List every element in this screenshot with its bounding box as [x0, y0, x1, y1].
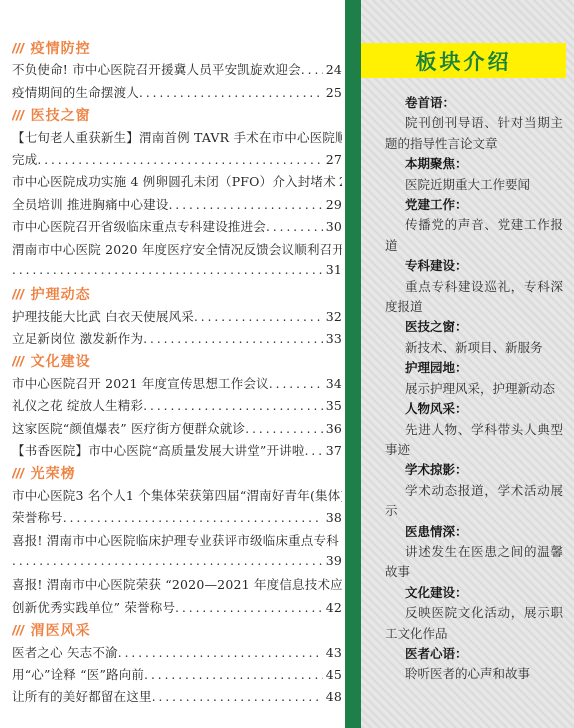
- toc-entry-page-number: 48: [326, 689, 342, 704]
- dot-leader: [118, 645, 323, 660]
- triple-slash-icon: ///: [12, 353, 24, 369]
- toc-entry-page-number: 30: [326, 219, 342, 234]
- toc-entry: 【七旬老人重获新生】渭南首例 TAVR 手术在市中心医院顺利: [12, 128, 342, 150]
- panel-section-name: 本期聚焦：: [385, 154, 563, 174]
- panel-section-description: 学术动态报道，学术活动展示: [385, 481, 563, 522]
- toc-section-heading: ///疫情防控: [12, 38, 342, 60]
- panel-section-description: 新技术、新项目、新服务: [385, 338, 563, 358]
- toc-entry: 市中心医院召开 2021 年度宣传思想工作会议34: [12, 374, 342, 396]
- panel-section-description: 讲述发生在医患之间的温馨故事: [385, 542, 563, 583]
- panel-section-name: 医者心语：: [385, 644, 563, 664]
- toc-entry-page-number: 39: [326, 553, 342, 568]
- toc-entry: 护理技能大比武 白衣天使展风采32: [12, 307, 342, 329]
- toc-entry-title: 喜报! 渭南市中心医院荣获 “2020—2021 年度信息技术应用: [12, 575, 342, 593]
- toc-entry: 喜报! 渭南市中心医院临床护理专业获评市级临床重点专科: [12, 531, 342, 553]
- dot-leader: [12, 262, 323, 277]
- dot-leader: [194, 309, 323, 324]
- dot-leader: [63, 510, 323, 525]
- toc-entry-page-number: 38: [326, 510, 342, 525]
- toc-entry-title: 护理技能大比武 白衣天使展风采: [12, 307, 194, 325]
- toc-entry-title: 疫情期间的生命摆渡人: [12, 83, 139, 101]
- dot-leader: [144, 667, 323, 682]
- toc-entry: 【书香医院】市中心医院“高质量发展大讲堂”开讲啦37: [12, 441, 342, 463]
- toc-section-label: 光荣榜: [31, 463, 76, 483]
- toc-entry-title: 不负使命! 市中心医院召开援冀人员平安凯旋欢迎会: [12, 60, 301, 78]
- intro-panel-body: 卷首语：院刊创刊导语、针对当期主题的指导性言论文章本期聚焦：医院近期重大工作要闻…: [385, 93, 563, 685]
- panel-section-name: 护理园地：: [385, 358, 563, 378]
- toc-entry-title: 【书香医院】市中心医院“高质量发展大讲堂”开讲啦: [12, 441, 305, 459]
- toc-entry: 不负使命! 市中心医院召开援冀人员平安凯旋欢迎会24: [12, 60, 342, 82]
- toc-entry-page-number: 25: [326, 85, 342, 100]
- toc-entry: 完成27: [12, 150, 342, 172]
- toc-entry-page-number: 28: [339, 174, 342, 189]
- toc-entry-page-number: 24: [326, 62, 342, 77]
- panel-section-description: 聆听医者的心声和故事: [385, 664, 563, 684]
- dot-leader: [245, 421, 322, 436]
- toc-section-heading: ///护理动态: [12, 284, 342, 306]
- panel-section-description: 反映医院文化活动，展示职工文化作品: [385, 603, 563, 644]
- dot-leader: [152, 689, 323, 704]
- intro-panel: 板块介绍 卷首语：院刊创刊导语、针对当期主题的指导性言论文章本期聚焦：医院近期重…: [361, 0, 574, 728]
- green-divider-strip: [345, 0, 361, 728]
- toc-section-heading: ///医技之窗: [12, 105, 342, 127]
- toc-entry-page-number: 31: [326, 262, 342, 277]
- toc-entry-page-number: 27: [326, 152, 342, 167]
- toc-entry-page-number: 32: [326, 309, 342, 324]
- toc-entry: 让所有的美好都留在这里48: [12, 687, 342, 709]
- toc-entry-page-number: 37: [326, 443, 342, 458]
- dot-leader: [139, 85, 323, 100]
- panel-section-name: 学术掠影：: [385, 460, 563, 480]
- toc-entry: 礼仪之花 绽放人生精彩35: [12, 396, 342, 418]
- dot-leader: [266, 219, 323, 234]
- intro-panel-banner: 板块介绍: [361, 43, 566, 78]
- toc-entry: 全员培训 推进胸痛中心建设29: [12, 195, 342, 217]
- panel-section-description: 重点专科建设巡礼，专科深度报道: [385, 277, 563, 318]
- toc-entry-title: 荣誉称号: [12, 508, 63, 526]
- toc-entry: 荣誉称号38: [12, 508, 342, 530]
- toc-entry: 市中心医院召开省级临床重点专科建设推进会30: [12, 217, 342, 239]
- toc-entry-title: 医者之心 矢志不渝: [12, 643, 118, 661]
- toc-section-label: 护理动态: [31, 284, 91, 304]
- toc-entry-title: 【七旬老人重获新生】渭南首例 TAVR 手术在市中心医院顺利: [12, 128, 342, 146]
- toc-entry-title: 让所有的美好都留在这里: [12, 687, 152, 705]
- toc-entry-page-number: 43: [326, 645, 342, 660]
- toc-entry: 医者之心 矢志不渝43: [12, 643, 342, 665]
- toc-entry-title: 这家医院“颜值爆表” 医疗街方便群众就诊: [12, 419, 245, 437]
- panel-section-description: 医院近期重大工作要闻: [385, 175, 563, 195]
- dot-leader: [175, 600, 323, 615]
- panel-section-name: 人物风采：: [385, 399, 563, 419]
- toc-entry: 渭南市中心医院 2020 年度医疗安全情况反馈会议顺利召开: [12, 240, 342, 262]
- panel-section-name: 文化建设：: [385, 583, 563, 603]
- panel-section-description: 先进人物、学科带头人典型事迹: [385, 420, 563, 461]
- toc-entry-page-number: 34: [326, 376, 342, 391]
- triple-slash-icon: ///: [12, 107, 24, 123]
- dot-leader: [12, 553, 323, 568]
- triple-slash-icon: ///: [12, 40, 24, 56]
- toc-entry-title: 市中心医院召开 2021 年度宣传思想工作会议: [12, 374, 269, 392]
- toc-entry-title: 立足新岗位 激发新作为: [12, 329, 143, 347]
- toc-entry: 创新优秀实践单位” 荣誉称号42: [12, 598, 342, 620]
- toc-section-heading: ///渭医风采: [12, 620, 342, 642]
- toc-entry: 用“心”诠释 “医”路向前45: [12, 665, 342, 687]
- triple-slash-icon: ///: [12, 465, 24, 481]
- toc-entry-title: 市中心医院3 名个人1 个集体荣获第四届“渭南好青年(集体)”: [12, 486, 342, 504]
- toc-entry-page-number: 45: [326, 667, 342, 682]
- dot-leader: [143, 398, 323, 413]
- panel-section-name: 医患情深：: [385, 522, 563, 542]
- toc-entry: 喜报! 渭南市中心医院荣获 “2020—2021 年度信息技术应用: [12, 575, 342, 597]
- toc-entry-page-number: 42: [326, 600, 342, 615]
- toc-entry-title: 全员培训 推进胸痛中心建设: [12, 195, 169, 213]
- triple-slash-icon: ///: [12, 622, 24, 638]
- panel-section-description: 传播党的声音、党建工作报道: [385, 215, 563, 256]
- toc-entry: 39: [12, 553, 342, 575]
- toc-entry-title: 喜报! 渭南市中心医院临床护理专业获评市级临床重点专科: [12, 531, 339, 549]
- toc-entry-title: 完成: [12, 150, 37, 168]
- toc-entry-title: 用“心”诠释 “医”路向前: [12, 665, 144, 683]
- triple-slash-icon: ///: [12, 286, 24, 302]
- toc-entry: 市中心医院3 名个人1 个集体荣获第四届“渭南好青年(集体)”: [12, 486, 342, 508]
- toc-entry-page-number: 36: [326, 421, 342, 436]
- toc-section-label: 渭医风采: [31, 620, 91, 640]
- dot-leader: [143, 331, 323, 346]
- toc-entry-page-number: 35: [326, 398, 342, 413]
- toc-entry-title: 市中心医院召开省级临床重点专科建设推进会: [12, 217, 266, 235]
- toc-section-heading: ///光荣榜: [12, 463, 342, 485]
- toc-section-label: 文化建设: [31, 351, 91, 371]
- toc-entry: 立足新岗位 激发新作为33: [12, 329, 342, 351]
- toc-entry: 市中心医院成功实施 4 例卵圆孔未闭（PFO）介入封堵术28: [12, 172, 342, 194]
- toc-section-heading: ///文化建设: [12, 351, 342, 373]
- panel-section-name: 专科建设：: [385, 256, 563, 276]
- panel-section-name: 医技之窗：: [385, 317, 563, 337]
- toc-entry-title: 渭南市中心医院 2020 年度医疗安全情况反馈会议顺利召开: [12, 240, 342, 258]
- panel-section-name: 党建工作：: [385, 195, 563, 215]
- dot-leader: [37, 152, 322, 167]
- dot-leader: [305, 443, 323, 458]
- dot-leader: [269, 376, 323, 391]
- toc-entry: 疫情期间的生命摆渡人25: [12, 83, 342, 105]
- toc-entry: 这家医院“颜值爆表” 医疗街方便群众就诊36: [12, 419, 342, 441]
- toc-entry-title: 市中心医院成功实施 4 例卵圆孔未闭（PFO）介入封堵术: [12, 172, 336, 190]
- panel-section-name: 卷首语：: [385, 93, 563, 113]
- table-of-contents: ///疫情防控不负使命! 市中心医院召开援冀人员平安凯旋欢迎会24疫情期间的生命…: [12, 38, 342, 710]
- panel-section-description: 院刊创刊导语、针对当期主题的指导性言论文章: [385, 113, 563, 154]
- dot-leader: [169, 197, 323, 212]
- toc-entry: 31: [12, 262, 342, 284]
- toc-entry-title: 创新优秀实践单位” 荣誉称号: [12, 598, 175, 616]
- toc-section-label: 医技之窗: [31, 105, 91, 125]
- toc-entry-page-number: 29: [326, 197, 342, 212]
- dot-leader: [301, 62, 323, 77]
- intro-panel-title: 板块介绍: [416, 46, 512, 76]
- toc-entry-title: 礼仪之花 绽放人生精彩: [12, 396, 143, 414]
- panel-section-description: 展示护理风采，护理新动态: [385, 379, 563, 399]
- toc-section-label: 疫情防控: [31, 38, 91, 58]
- toc-entry-page-number: 33: [326, 331, 342, 346]
